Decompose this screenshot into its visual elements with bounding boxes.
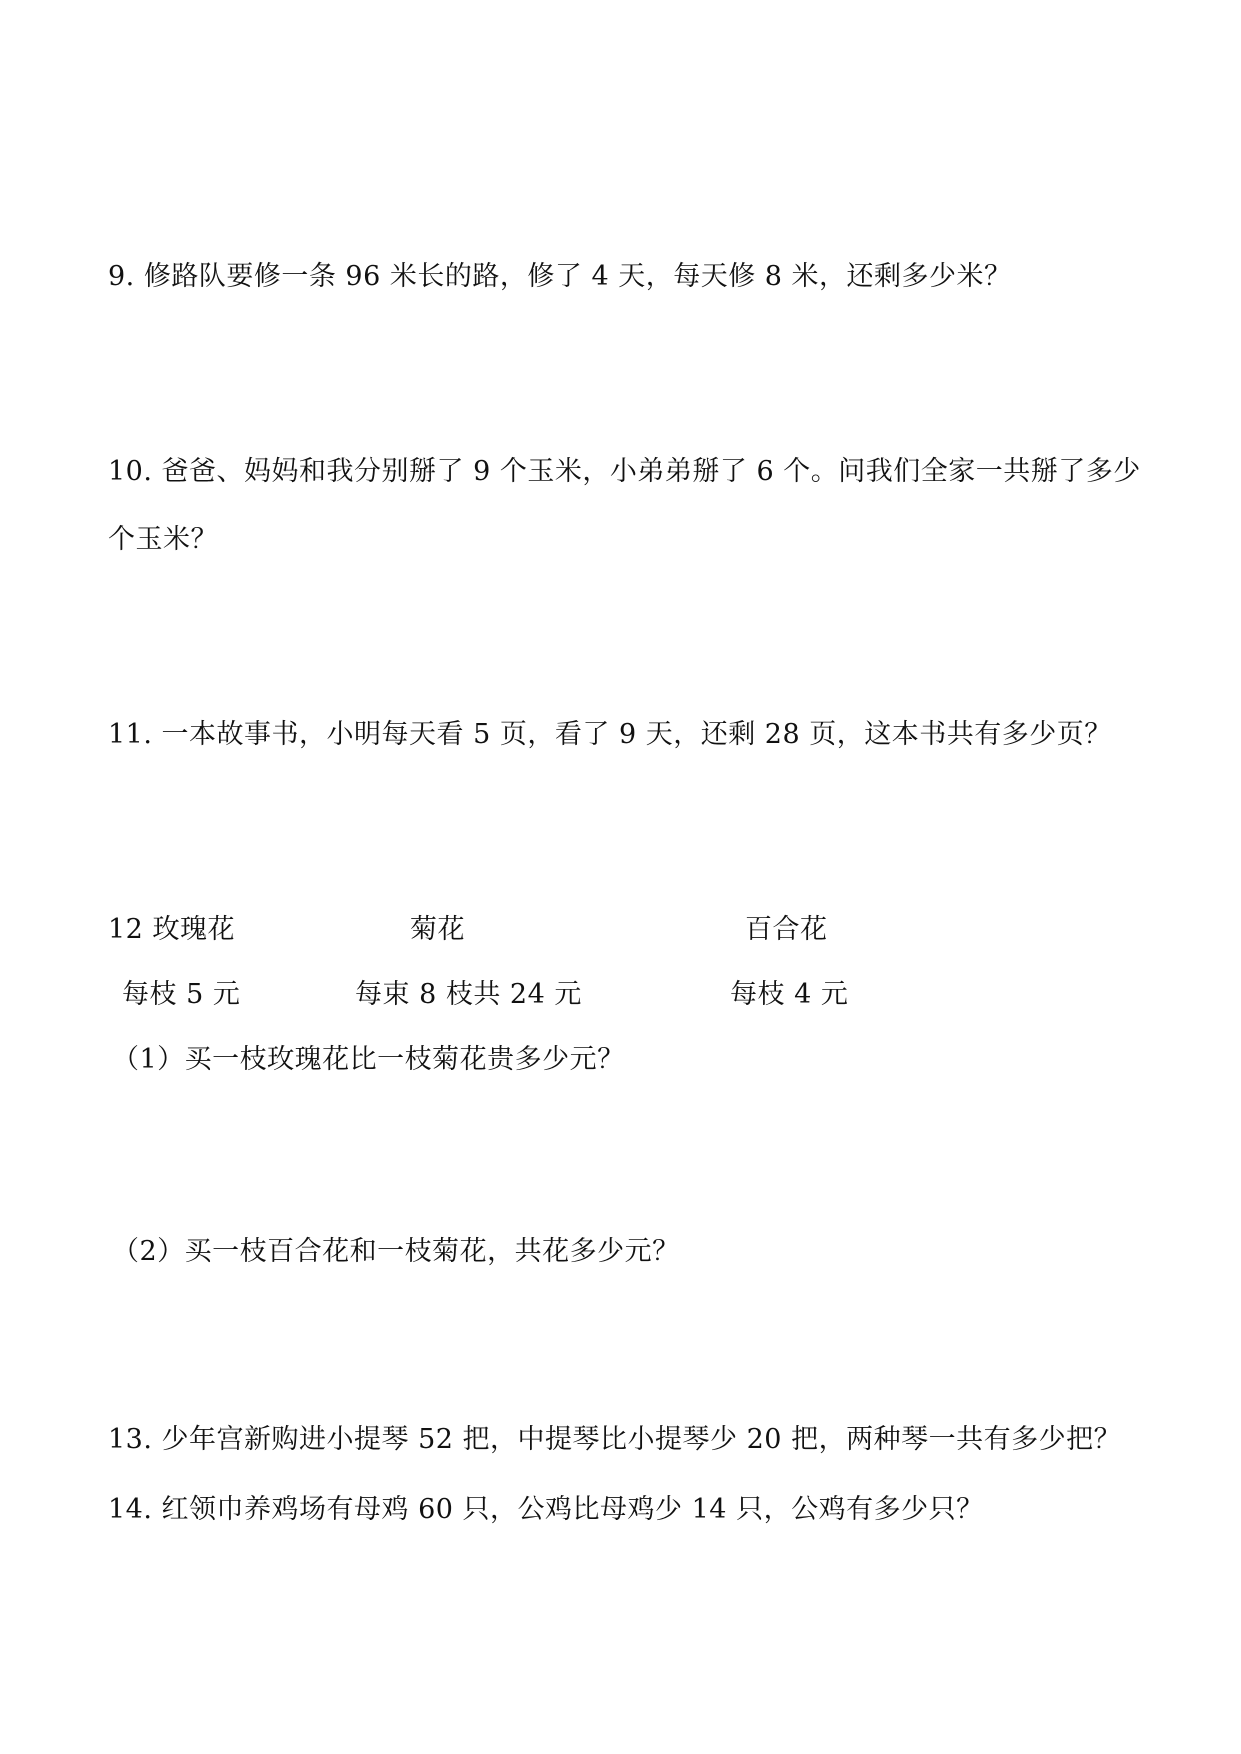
question-12-chrysanthemum-name: 菊花 — [410, 913, 465, 947]
question-12-lily-price: 每枝 4 元 — [730, 978, 848, 1012]
question-14: 14. 红领巾养鸡场有母鸡 60 只，公鸡比母鸡少 14 只，公鸡有多少只？ — [108, 1493, 984, 1527]
question-10-line-2: 个玉米？ — [108, 523, 218, 557]
question-12-sub-1: （1）买一枝玫瑰花比一枝菊花贵多少元？ — [112, 1043, 625, 1077]
question-9: 9. 修路队要修一条 96 米长的路，修了 4 天，每天修 8 米，还剩多少米？ — [108, 260, 1012, 294]
question-12-rose-name: 12 玫瑰花 — [108, 913, 235, 947]
question-12-rose-price: 每枝 5 元 — [122, 978, 240, 1012]
question-12-lily-name: 百合花 — [745, 913, 828, 947]
question-12-chrysanthemum-price: 每束 8 枝共 24 元 — [355, 978, 582, 1012]
question-13: 13. 少年宫新购进小提琴 52 把，中提琴比小提琴少 20 把，两种琴一共有多… — [108, 1423, 1121, 1457]
question-11: 11. 一本故事书，小明每天看 5 页，看了 9 天，还剩 28 页，这本书共有… — [108, 718, 1112, 752]
question-12-sub-2: （2）买一枝百合花和一枝菊花，共花多少元？ — [112, 1235, 680, 1269]
question-10-line-1: 10. 爸爸、妈妈和我分别掰了 9 个玉米，小弟弟掰了 6 个。问我们全家一共掰… — [108, 455, 1141, 489]
